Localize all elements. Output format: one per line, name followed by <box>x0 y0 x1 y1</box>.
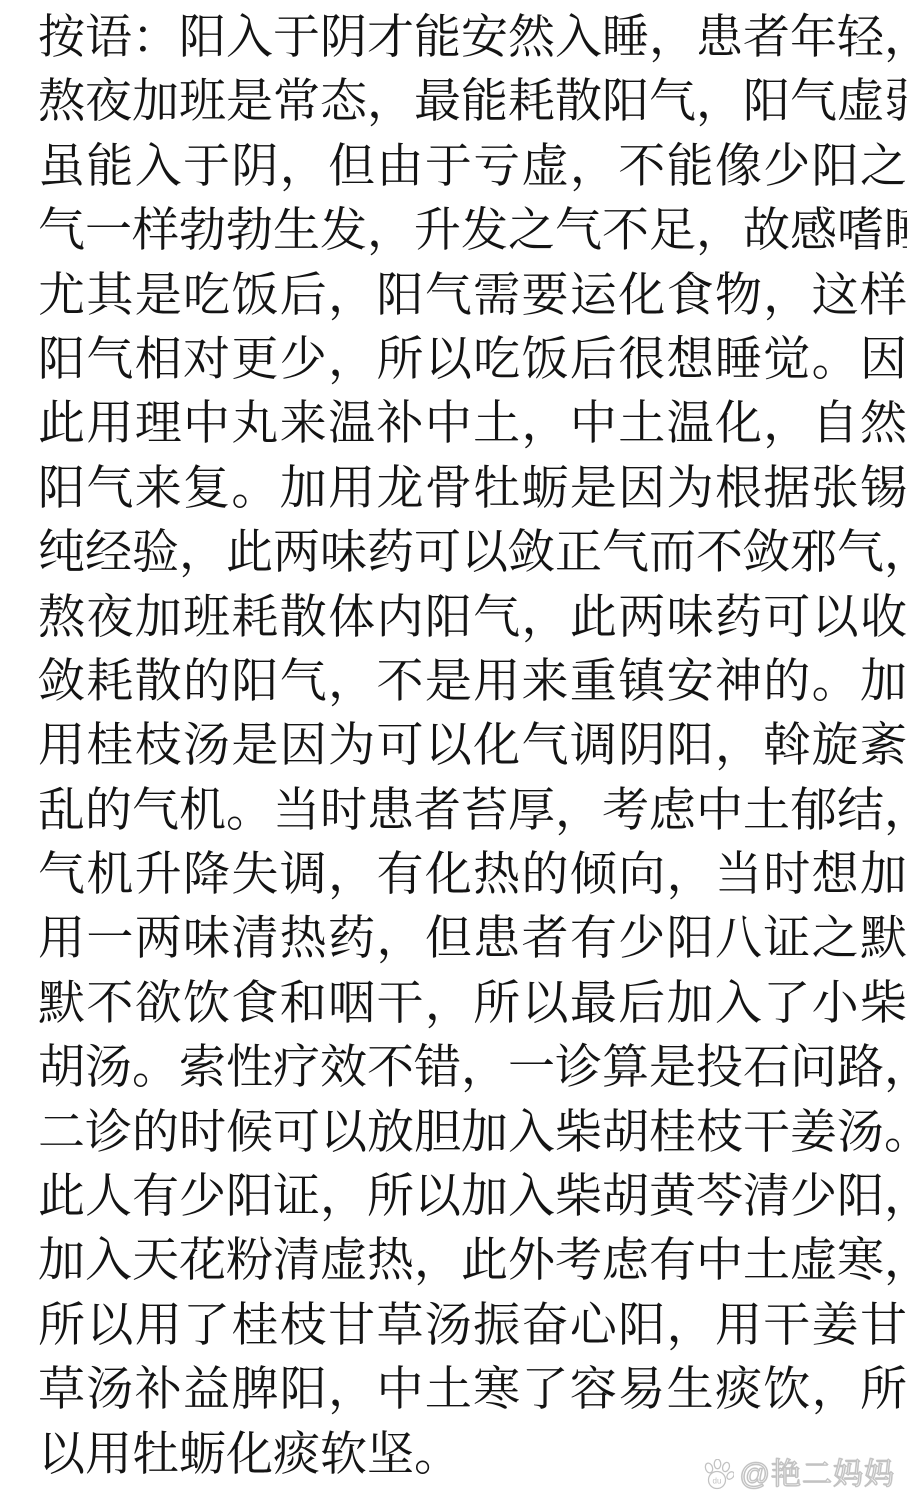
text-line: 加入天花粉清虚热，此外考虑有中土虚寒， <box>38 1228 907 1292</box>
watermark-handle: @艳二妈妈 <box>740 1459 895 1491</box>
text-line: 此用理中丸来温补中土，中土温化，自然 <box>38 391 907 455</box>
text-line: 默不欲饮食和咽干，所以最后加入了小柴 <box>38 971 907 1035</box>
text-line: 二诊的时候可以放胆加入柴胡桂枝干姜汤。 <box>38 1100 907 1164</box>
text-line: 草汤补益脾阳，中土寒了容易生痰饮，所 <box>38 1357 907 1421</box>
baidu-paw-du-label: du <box>712 1477 721 1486</box>
text-line: 用一两味清热药，但患者有少阳八证之默 <box>38 906 907 970</box>
text-line: 阳气来复。加用龙骨牡蛎是因为根据张锡 <box>38 456 907 520</box>
text-line: 此人有少阳证，所以加入柴胡黄芩清少阳， <box>38 1164 907 1228</box>
text-line: 熬夜加班是常态，最能耗散阳气，阳气虚弱， <box>38 69 907 133</box>
commentary-text: 按语：阳入于阴才能安然入睡，患者年轻， 熬夜加班是常态，最能耗散阳气，阳气虚弱，… <box>38 5 907 1486</box>
text-line: 阳气相对更少，所以吃饭后很想睡觉。因 <box>38 327 907 391</box>
text-line: 敛耗散的阳气，不是用来重镇安神的。加 <box>38 649 907 713</box>
watermark: du @艳二妈妈 <box>702 1459 895 1491</box>
text-line: 所以用了桂枝甘草汤振奋心阳，用干姜甘 <box>38 1293 907 1357</box>
text-line: 按语：阳入于阴才能安然入睡，患者年轻， <box>38 5 907 69</box>
text-line: 尤其是吃饭后，阳气需要运化食物，这样 <box>38 263 907 327</box>
text-line: 纯经验，此两味药可以敛正气而不敛邪气， <box>38 520 907 584</box>
text-line: 气一样勃勃生发，升发之气不足，故感嗜睡。 <box>38 198 907 262</box>
text-line: 乱的气机。当时患者苔厚，考虑中土郁结， <box>38 778 907 842</box>
text-line: 胡汤。索性疗效不错，一诊算是投石问路， <box>38 1035 907 1099</box>
text-line: 用桂枝汤是因为可以化气调阴阳，斡旋紊 <box>38 713 907 777</box>
text-line: 虽能入于阴，但由于亏虚，不能像少阳之 <box>38 134 907 198</box>
baidu-paw-icon: du <box>702 1459 734 1491</box>
article-page: 按语：阳入于阴才能安然入睡，患者年轻， 熬夜加班是常态，最能耗散阳气，阳气虚弱，… <box>0 0 915 1505</box>
text-line: 气机升降失调，有化热的倾向，当时想加 <box>38 842 907 906</box>
text-line: 熬夜加班耗散体内阳气，此两味药可以收 <box>38 585 907 649</box>
